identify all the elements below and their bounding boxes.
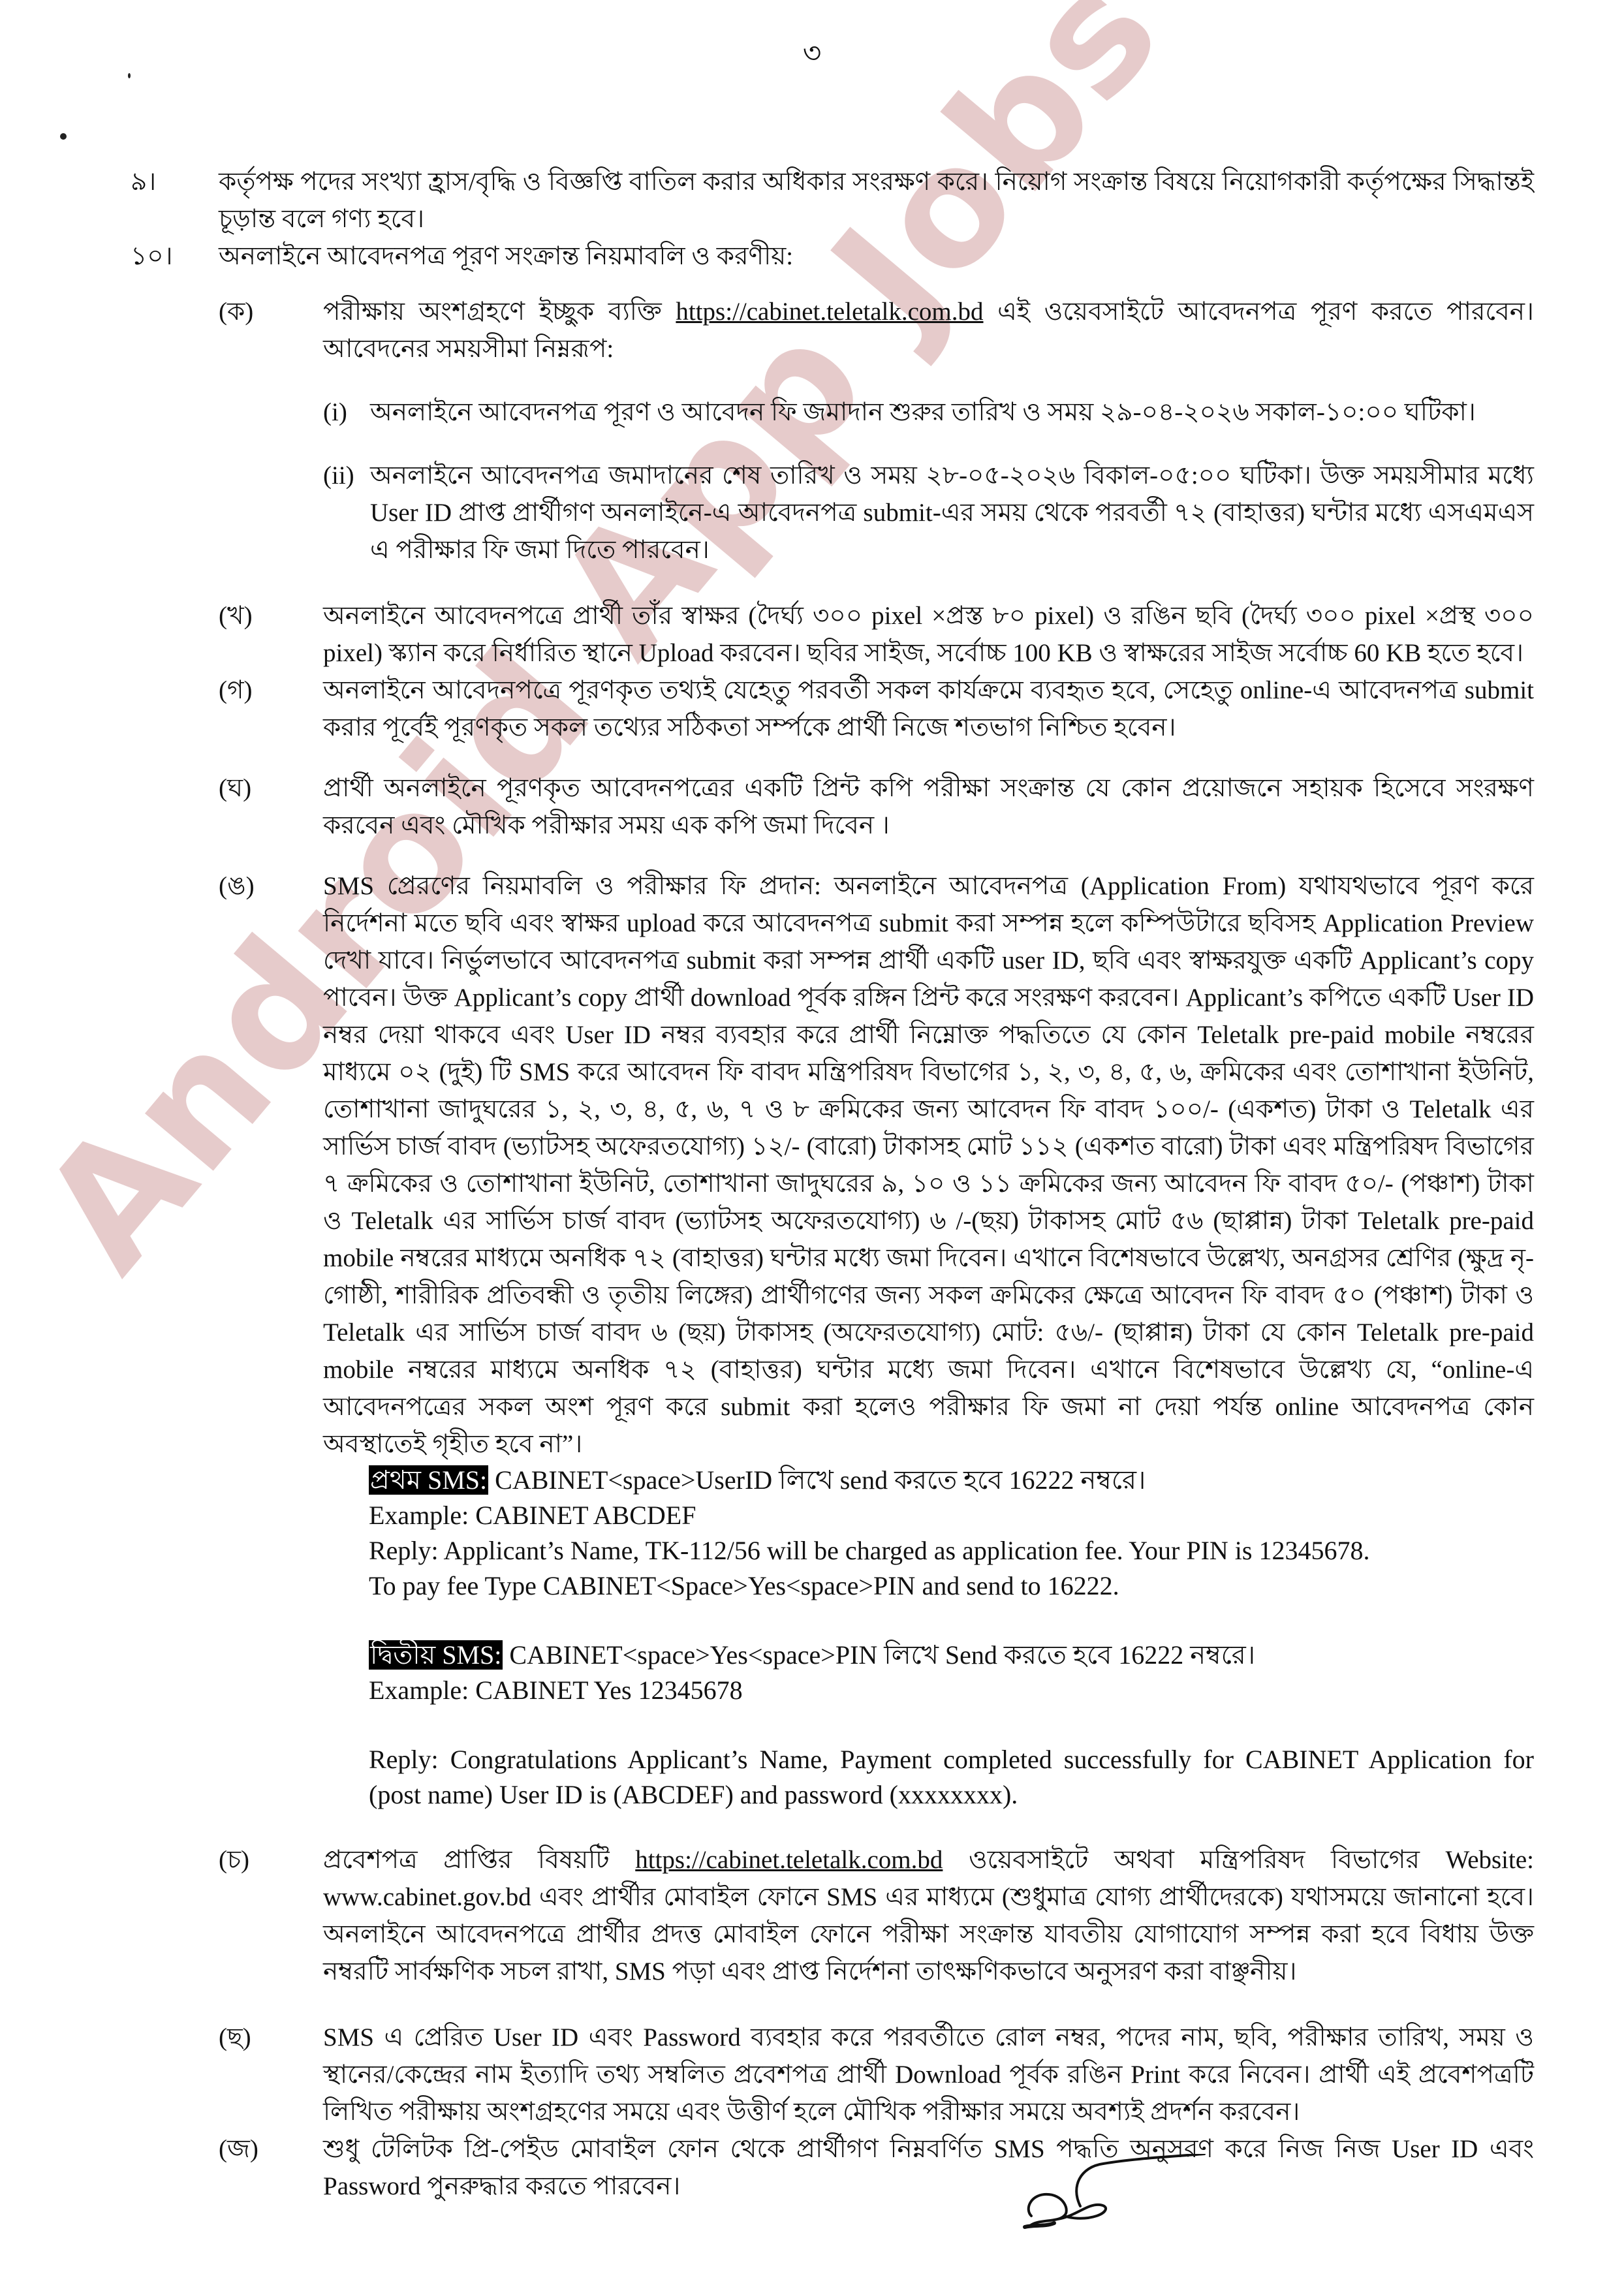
sub-clause-gha: (ঘ) প্রার্থী অনলাইনে পূরণকৃত আবেদনপত্রের… xyxy=(219,770,1534,844)
clause-number: ৯। xyxy=(131,163,219,238)
clause-text: প্রবেশপত্র প্রাপ্তির বিষয়টি xyxy=(323,1846,610,1874)
sms-reply: Reply: Applicant’s Name, TK-112/56 will … xyxy=(369,1533,1534,1568)
sub-clause-ja: (জ) শুধু টেলিটক প্রি-পেইড মোবাইল ফোন থেক… xyxy=(219,2130,1534,2205)
clause-text: পরীক্ষায় অংশগ্রহণে ইচ্ছুক ব্যক্তি xyxy=(323,298,662,326)
sub-clause-label: (গ) xyxy=(219,672,323,746)
clause-10: ১০। অনলাইনে আবেদনপত্র পূরণ সংক্রান্ত নিয… xyxy=(131,238,1534,2205)
sms-fee-instructions: SMS প্রেরণের নিয়মাবলি ও পরীক্ষার ফি প্র… xyxy=(323,867,1534,1463)
sub-clause-ga: (গ) অনলাইনে আবেদনপত্রে পূরণকৃত তথ্যই যেহ… xyxy=(219,672,1534,746)
sub-clause-kha: (খ) অনলাইনে আবেদনপত্রে প্রার্থী তাঁর স্ব… xyxy=(219,597,1534,672)
deadline-start-text: অনলাইনে আবেদনপত্র পূরণ ও আবেদন ফি জমাদান… xyxy=(370,394,1534,431)
sms-command: CABINET<space>Yes<space>PIN লিখে Send কর… xyxy=(509,1640,1255,1670)
deadline-end: (ii) অনলাইনে আবেদনপত্র জমাদানের শেষ তারি… xyxy=(323,457,1534,568)
sms-reply: Reply: Congratulations Applicant’s Name,… xyxy=(369,1742,1534,1813)
clause-text: প্রার্থী অনলাইনে পূরণকৃত আবেদনপত্রের একট… xyxy=(323,770,1534,844)
clause-text: শুধু টেলিটক প্রি-পেইড মোবাইল ফোন থেকে প্… xyxy=(323,2130,1534,2205)
sms-first-tag: প্রথম SMS: xyxy=(369,1465,488,1495)
sub-clause-label: (ঙ) xyxy=(219,867,323,1813)
clause-number: ১০। xyxy=(131,238,219,2205)
document-body: ৯। কর্তৃপক্ষ পদের সংখ্যা হ্রাস/বৃদ্ধি ও … xyxy=(131,163,1534,2205)
sub-clause-ka: (ক) পরীক্ষায় অংশগ্রহণে ইচ্ছুক ব্যক্তি h… xyxy=(219,293,1534,568)
sub-clause-label: (খ) xyxy=(219,597,323,672)
teletalk-link[interactable]: https://cabinet.teletalk.com.bd xyxy=(635,1846,943,1874)
roman-label: (i) xyxy=(323,394,370,431)
page-number: ৩ xyxy=(0,31,1624,79)
scan-speck xyxy=(60,133,67,140)
deadline-start: (i) অনলাইনে আবেদনপত্র পূরণ ও আবেদন ফি জম… xyxy=(323,394,1534,431)
sub-clause-label: (ঘ) xyxy=(219,770,323,844)
clause-text: অনলাইনে আবেদনপত্রে পূরণকৃত তথ্যই যেহেতু … xyxy=(323,672,1534,746)
sub-clause-chha: (ছ) SMS এ প্রেরিত User ID এবং Password ব… xyxy=(219,2019,1534,2130)
sub-clause-label: (চ) xyxy=(219,1841,323,1990)
sms-first: প্রথম SMS: CABINET<space>UserID লিখে sen… xyxy=(369,1463,1534,1604)
clause-heading: অনলাইনে আবেদনপত্র পূরণ সংক্রান্ত নিয়মাব… xyxy=(219,238,1534,275)
sms-example: Example: CABINET ABCDEF xyxy=(369,1498,1534,1533)
sub-clause-umo: (ঙ) SMS প্রেরণের নিয়মাবলি ও পরীক্ষার ফি… xyxy=(219,867,1534,1813)
clause-9: ৯। কর্তৃপক্ষ পদের সংখ্যা হ্রাস/বৃদ্ধি ও … xyxy=(131,163,1534,238)
deadline-end-text: অনলাইনে আবেদনপত্র জমাদানের শেষ তারিখ ও স… xyxy=(370,457,1534,568)
sub-clause-label: (জ) xyxy=(219,2130,323,2205)
sms-second: দ্বিতীয় SMS: CABINET<space>Yes<space>PI… xyxy=(369,1638,1534,1813)
clause-text: অনলাইনে আবেদনপত্রে প্রার্থী তাঁর স্বাক্ষ… xyxy=(323,597,1534,672)
signature xyxy=(1018,2154,1214,2245)
roman-label: (ii) xyxy=(323,457,370,568)
sms-command: CABINET<space>UserID লিখে send করতে হবে … xyxy=(495,1465,1146,1495)
sms-second-tag: দ্বিতীয় SMS: xyxy=(369,1640,503,1670)
clause-text: কর্তৃপক্ষ পদের সংখ্যা হ্রাস/বৃদ্ধি ও বিজ… xyxy=(219,163,1534,238)
sms-example: Example: CABINET Yes 12345678 xyxy=(369,1673,1534,1708)
clause-text: SMS এ প্রেরিত User ID এবং Password ব্যবহ… xyxy=(323,2019,1534,2130)
sub-clause-label: (ক) xyxy=(219,293,323,568)
sms-reply: To pay fee Type CABINET<Space>Yes<space>… xyxy=(369,1568,1534,1604)
scan-speck xyxy=(128,73,131,78)
teletalk-link[interactable]: https://cabinet.teletalk.com.bd xyxy=(676,298,983,326)
sub-clause-cha: (চ) প্রবেশপত্র প্রাপ্তির বিষয়টি https:/… xyxy=(219,1841,1534,1990)
sub-clause-label: (ছ) xyxy=(219,2019,323,2130)
